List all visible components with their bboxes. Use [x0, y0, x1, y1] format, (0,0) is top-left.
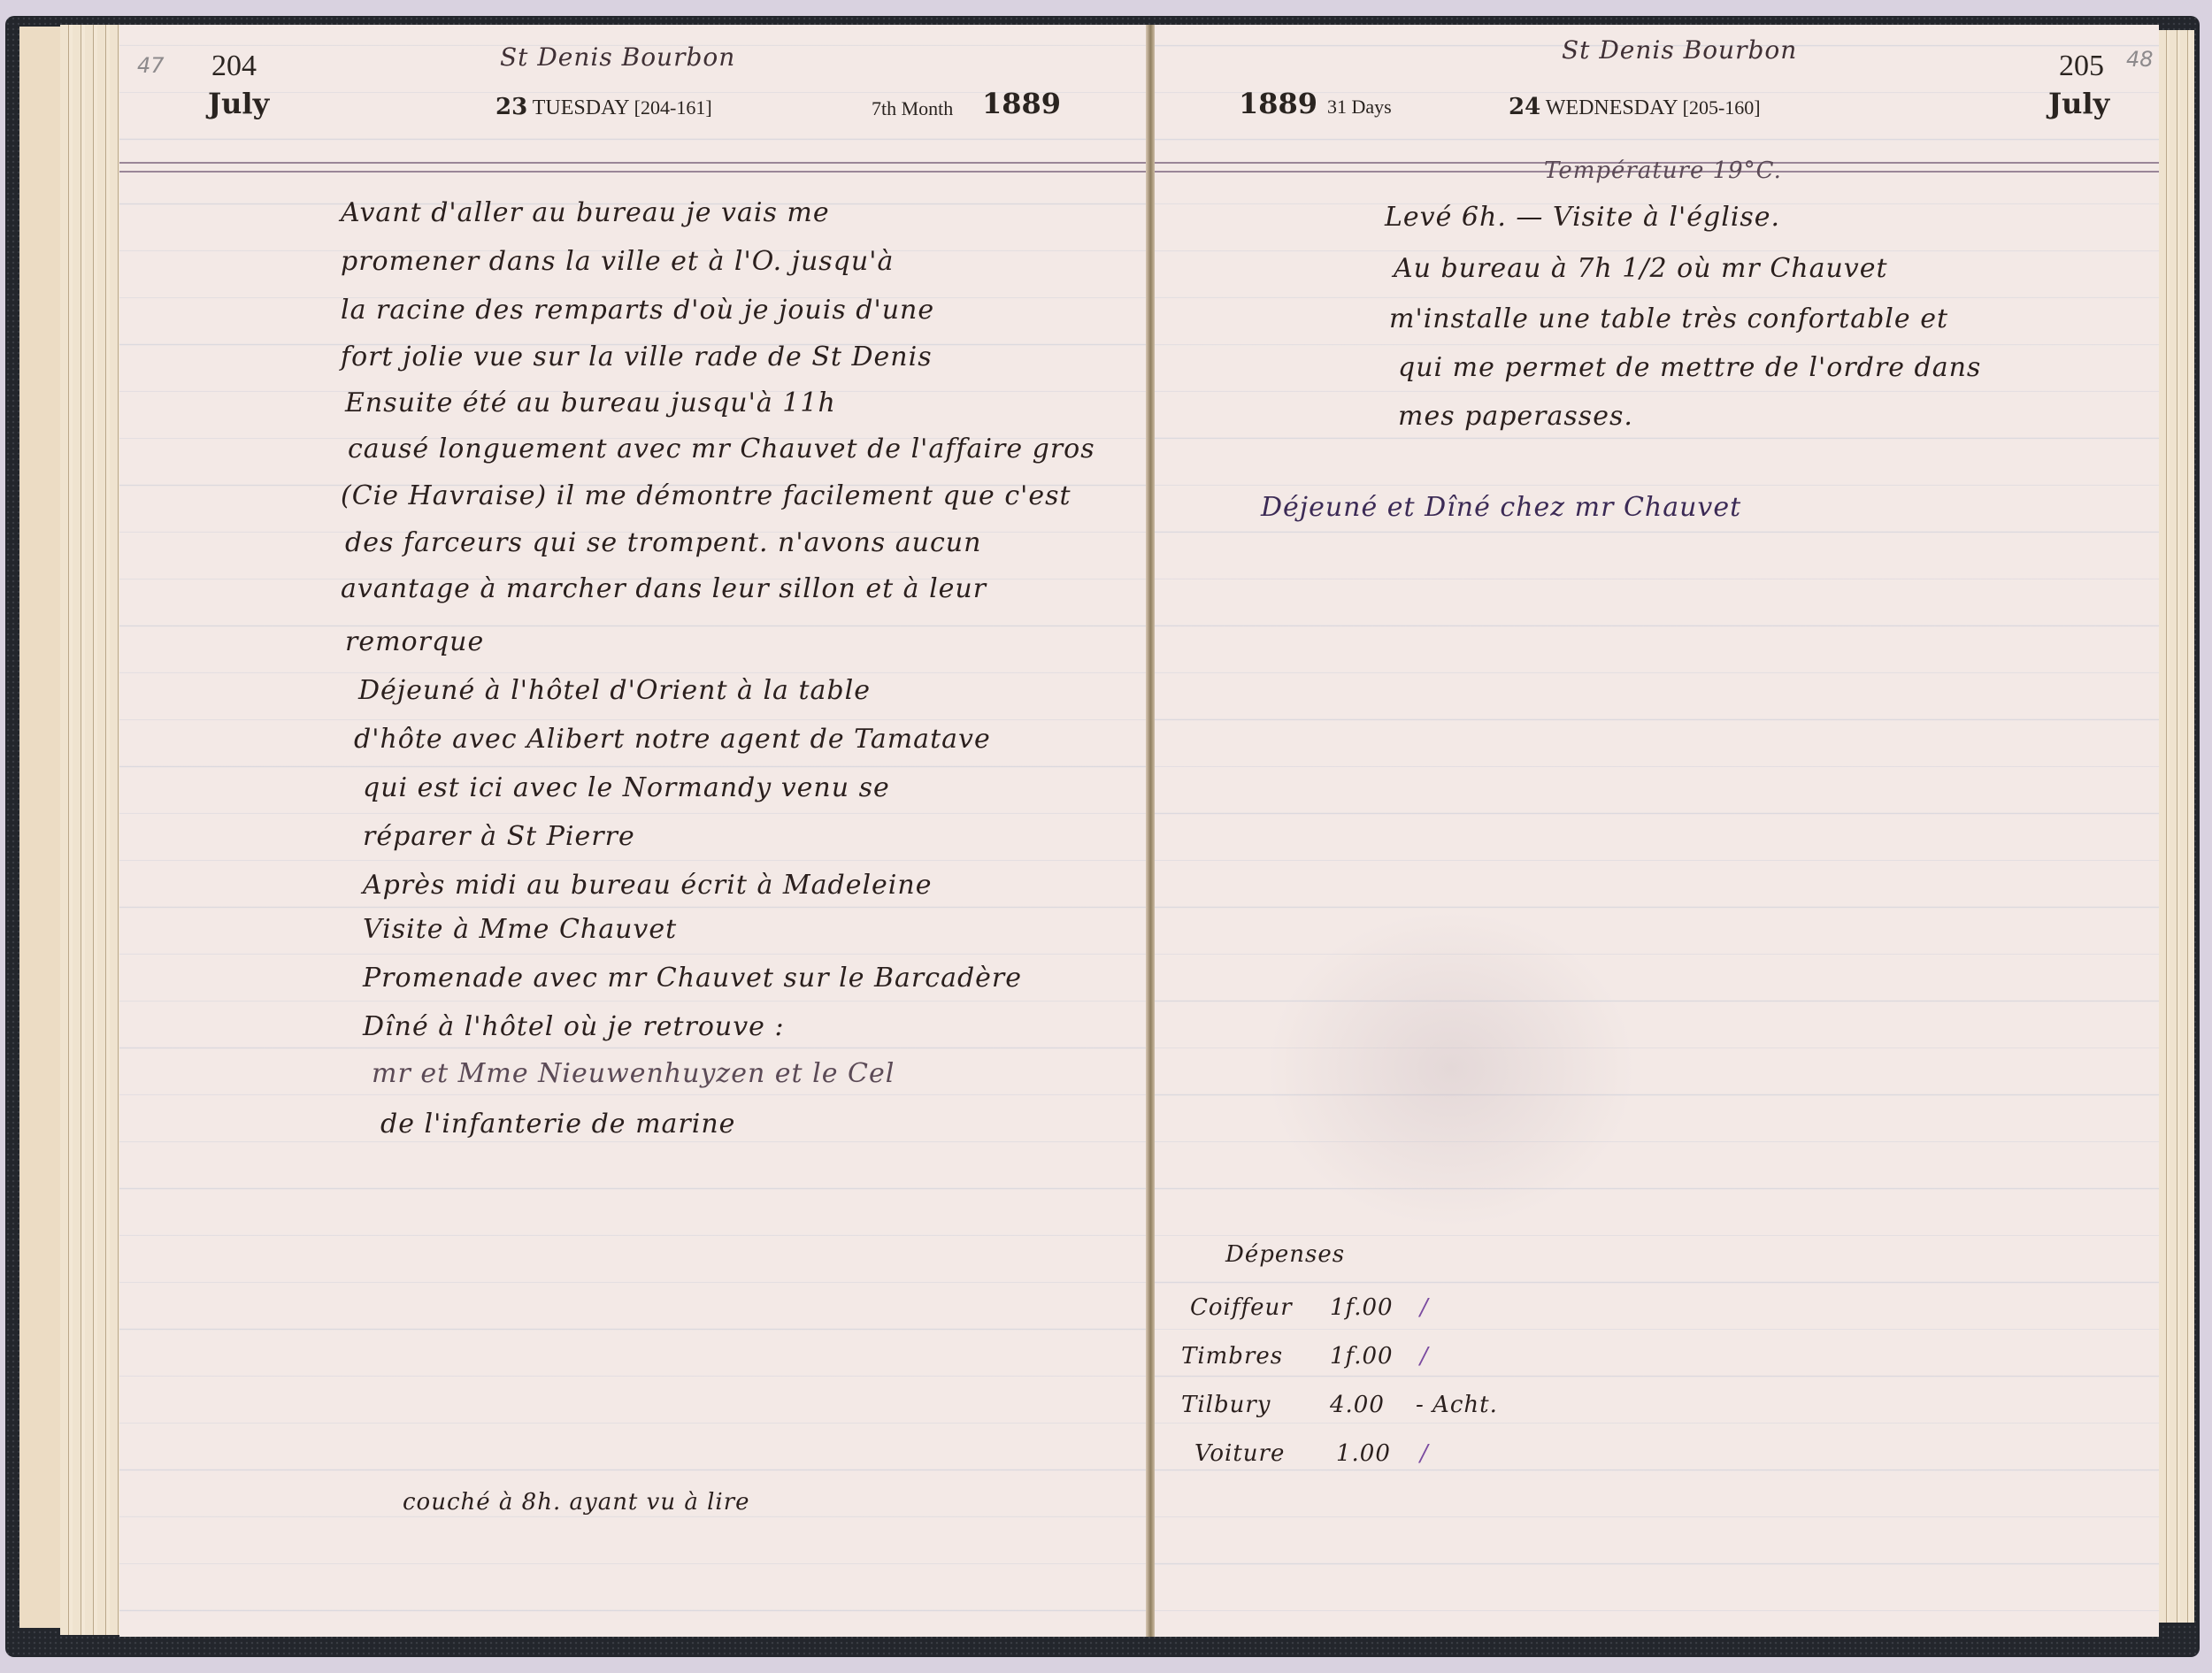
expense-label: Timbres	[1181, 1343, 1283, 1370]
checked-mark: /	[1420, 1343, 1429, 1370]
page-number: 204	[211, 50, 257, 83]
entry-line: promener dans la ville et à l'O. jusqu'à	[341, 246, 894, 277]
entry-line: des farceurs qui se trompent. n'avons au…	[345, 527, 981, 558]
entry-line: m'installe une table très confortable et	[1389, 303, 1948, 334]
expense-amount: 1.00	[1336, 1440, 1391, 1467]
entry-line: la racine des remparts d'où je jouis d'u…	[341, 295, 934, 326]
year: 1889	[1239, 87, 1317, 120]
month-label: July	[208, 87, 269, 120]
page-header-right: St Denis Bourbon 1889 31 Days 24 WEDNESD…	[1155, 25, 2159, 166]
expense-label: Coiffeur	[1190, 1294, 1293, 1321]
expense-note: - Acht.	[1416, 1392, 1498, 1418]
expense-label: Voiture	[1194, 1440, 1285, 1467]
entry-line: Au bureau à 7h 1/2 où mr Chauvet	[1394, 253, 1888, 284]
month-label: July	[2048, 87, 2109, 120]
entry-line: Levé 6h. — Visite à l'église.	[1385, 202, 1780, 233]
checked-mark: /	[1420, 1294, 1429, 1321]
day-counts: [205-160]	[1683, 96, 1761, 119]
temperature-note: Température 19°C.	[1544, 157, 1782, 184]
entry-line: qui me permet de mettre de l'ordre dans	[1398, 352, 1981, 383]
location-note: St Denis Bourbon	[1562, 35, 1797, 65]
diary-page-right: St Denis Bourbon 1889 31 Days 24 WEDNESD…	[1155, 25, 2159, 1637]
entry-line: (Cie Havraise) il me démontre facilement…	[341, 480, 1071, 511]
entry-line: qui est ici avec le Normandy venu se	[363, 772, 890, 803]
entry-line: Dîné à l'hôtel où je retrouve :	[363, 1011, 785, 1042]
expense-amount: 1f.00	[1330, 1343, 1394, 1370]
date-line: 23 TUESDAY [204-161]	[495, 94, 712, 120]
paper-stain	[1265, 909, 1637, 1228]
entry-line: avantage à marcher dans leur sillon et à…	[341, 573, 987, 604]
entry-line: remorque	[345, 626, 484, 657]
page-stack-left	[60, 25, 122, 1635]
date-line: 24 WEDNESDAY [205-160]	[1509, 94, 1761, 120]
entry-line: fort jolie vue sur la ville rade de St D…	[341, 342, 933, 372]
day-number: 24	[1509, 94, 1540, 120]
meal-line: Déjeuné et Dîné chez mr Chauvet	[1261, 492, 1741, 523]
year: 1889	[982, 87, 1061, 120]
checked-mark: /	[1420, 1440, 1429, 1467]
entry-line: Promenade avec mr Chauvet sur le Barcadè…	[363, 963, 1022, 994]
days-in-month: 31 Days	[1327, 96, 1392, 119]
entry-line: réparer à St Pierre	[363, 821, 635, 852]
page-number: 205	[2059, 50, 2104, 83]
day-name: WEDNESDAY	[1546, 96, 1678, 119]
header-rule	[119, 162, 1146, 173]
entry-line: Avant d'aller au bureau je vais me	[341, 197, 830, 228]
entry-line: Visite à Mme Chauvet	[363, 914, 677, 945]
month-ordinal: 7th Month	[872, 97, 953, 120]
expense-label: Tilbury	[1181, 1392, 1271, 1418]
entry-line: causé longuement avec mr Chauvet de l'af…	[348, 434, 1095, 464]
expenses-title: Dépenses	[1225, 1241, 1345, 1268]
entry-line: d'hôte avec Alibert notre agent de Tamat…	[354, 724, 991, 755]
entry-line: mr et Mme Nieuwenhuyzen et le Cel	[372, 1058, 895, 1089]
day-counts: [204-161]	[634, 96, 712, 119]
page-stack-right	[2159, 30, 2194, 1623]
diary-page-left: 47 204 July St Denis Bourbon 23 TUESDAY …	[119, 25, 1146, 1637]
pencil-page-number: 48	[2126, 47, 2154, 72]
entry-line: Après midi au bureau écrit à Madeleine	[363, 870, 932, 901]
entry-line: Ensuite été au bureau jusqu'à 11h	[345, 388, 836, 418]
entry-line: de l'infanterie de marine	[380, 1109, 735, 1140]
pencil-page-number: 47	[137, 53, 165, 78]
page-header-left: 47 204 July St Denis Bourbon 23 TUESDAY …	[119, 25, 1146, 166]
expense-amount: 1f.00	[1330, 1294, 1394, 1321]
expense-amount: 4.00	[1330, 1392, 1385, 1418]
entry-line: mes paperasses.	[1398, 401, 1633, 432]
day-number: 23	[495, 94, 527, 120]
day-name: TUESDAY	[533, 96, 629, 119]
entry-line: Déjeuné à l'hôtel d'Orient à la table	[358, 675, 871, 706]
closing-line: couché à 8h. ayant vu à lire	[403, 1489, 750, 1516]
location-note: St Denis Bourbon	[500, 42, 735, 72]
